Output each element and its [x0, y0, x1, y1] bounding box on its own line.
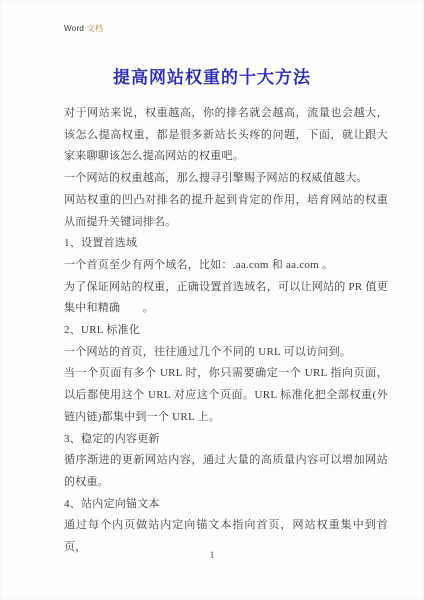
heading-method-4: 4、站内定向锚文本	[64, 494, 388, 516]
paragraph-weight-ranking: 网站权重的凹凸对排名的提升起到肯定的作用，培育网站的权重从而提升关键词排名。	[64, 190, 388, 233]
paragraph-url-standard: 当一个页面有多个 URL 时，你只需要确定一个 URL 指向页面，以后都使用这个…	[64, 363, 388, 428]
paragraph-intro: 对于网站来说，权重越高，你的排名就会越高，流量也会越大，该怎么提高权重，都是很多…	[64, 103, 388, 168]
paragraph-weight-authority: 一个网站的权重越高，那么搜寻引擎赐予网站的权威值越大。	[64, 168, 388, 190]
doc-label: 文档	[87, 24, 104, 33]
document-title: 提高网站权重的十大方法	[0, 63, 424, 88]
paragraph-content-update: 循序渐进的更新网站内容，通过大量的高质量内容可以增加网站的权重。	[64, 450, 388, 493]
doc-type-label: Word 文档	[64, 23, 103, 34]
page-number: 1	[0, 550, 424, 560]
heading-method-1: 1、设置首选域	[64, 233, 388, 255]
document-page: Word 文档 提高网站权重的十大方法 对于网站来说，权重越高，你的排名就会越高…	[0, 0, 424, 600]
word-label: Word	[64, 24, 84, 33]
paragraph-preferred-domain: 为了保证网站的权重，正确设置首选域名，可以让网站的 PR 值更集中和精确 。	[64, 277, 388, 320]
document-body: 对于网站来说，权重越高，你的排名就会越高，流量也会越大，该怎么提高权重，都是很多…	[64, 103, 388, 559]
paragraph-url-access: 一个网站的首页，往往通过几个不同的 URL 可以访问到。	[64, 342, 388, 364]
heading-method-3: 3、稳定的内容更新	[64, 429, 388, 451]
heading-method-2: 2、URL 标准化	[64, 320, 388, 342]
paragraph-domains-example: 一个首页至少有两个域名，比如：.aa.com 和 aa.com 。	[64, 255, 388, 277]
